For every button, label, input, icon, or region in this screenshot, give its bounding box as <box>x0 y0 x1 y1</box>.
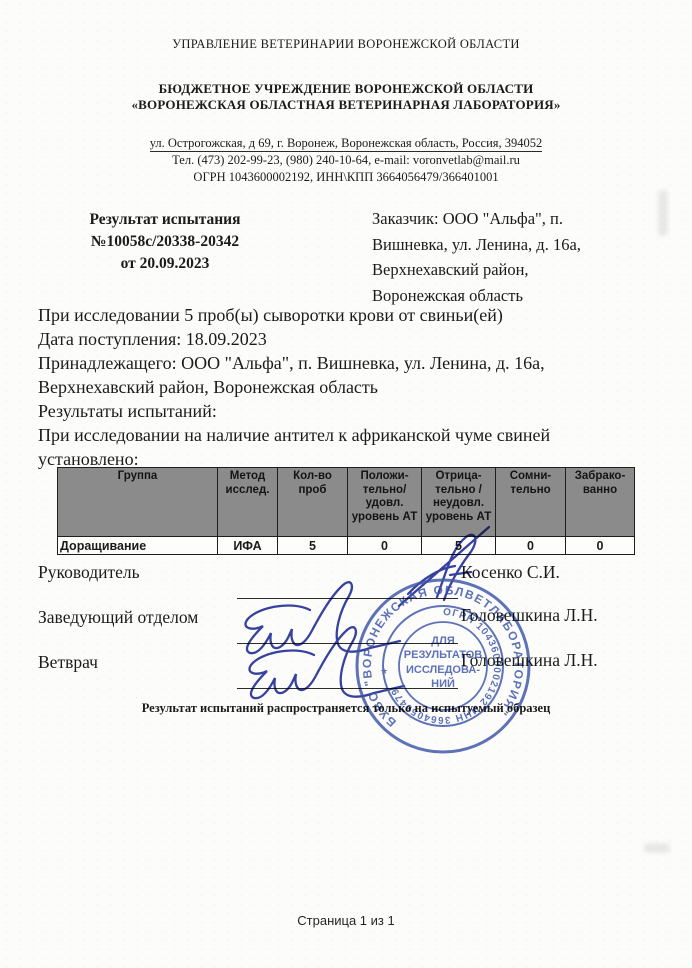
cell-rejected: 0 <box>566 537 635 555</box>
body-line: При исследовании на наличие антител к аф… <box>38 423 674 447</box>
customer-block: Заказчик: ООО "Альфа", п. Вишневка, ул. … <box>372 206 652 308</box>
result-number: №10058с/20338-20342 <box>35 231 295 253</box>
result-date: от 20.09.2023 <box>35 253 295 275</box>
customer-line: Вишневка, ул. Ленина, д. 16а, <box>372 232 652 258</box>
cell-method: ИФА <box>218 537 278 555</box>
cell-group: Доращивание <box>58 537 218 555</box>
stamp-star-icon: ★ <box>380 666 388 676</box>
body-line: Результаты испытаний: <box>38 399 674 423</box>
scope-note: Результат испытаний распространяется тол… <box>0 701 692 716</box>
cell-doubtful: 0 <box>496 537 566 555</box>
signature-role: Заведующий отделом <box>38 607 198 628</box>
cell-negative: 5 <box>422 537 496 555</box>
customer-line: Верхнехавский район, <box>372 257 652 283</box>
organization-registration-numbers: ОГРН 1043600002192, ИНН\КПП 3664056479/3… <box>0 170 692 185</box>
table-row: Доращивание ИФА 5 0 5 0 0 <box>58 537 635 555</box>
svg-text:ДЛЯ: ДЛЯ <box>431 635 455 647</box>
table-header-row: Группа Метод исслед. Кол-во проб Положи-… <box>58 468 635 537</box>
signature-line <box>237 643 458 644</box>
body-line: При исследовании 5 проб(ы) сыворотки кро… <box>38 303 674 327</box>
signature-line <box>237 688 458 689</box>
cell-sample-count: 5 <box>278 537 348 555</box>
scanned-lab-report-page: УПРАВЛЕНИЕ ВЕТЕРИНАРИИ ВОРОНЕЖСКОЙ ОБЛАС… <box>0 0 692 968</box>
signature-name: Головешкина Л.Н. <box>461 650 681 671</box>
signature-role: Руководитель <box>38 562 140 583</box>
table-header-group: Группа <box>58 468 218 537</box>
cell-positive: 0 <box>348 537 422 555</box>
customer-line: Заказчик: ООО "Альфа", п. <box>372 206 652 232</box>
department-name: УПРАВЛЕНИЕ ВЕТЕРИНАРИИ ВОРОНЕЖСКОЙ ОБЛАС… <box>0 37 692 52</box>
signature-name: Головешкина Л.Н. <box>461 605 681 626</box>
report-body-text: При исследовании 5 проб(ы) сыворотки кро… <box>38 303 674 471</box>
body-line: Принадлежащего: ООО "Альфа", п. Вишневка… <box>38 351 674 375</box>
signature-line <box>237 598 458 599</box>
table-header-method: Метод исслед. <box>218 468 278 537</box>
table-header-sample-count: Кол-во проб <box>278 468 348 537</box>
signature-role: Ветврач <box>38 652 98 673</box>
table-header-doubtful: Сомни- тельно <box>496 468 566 537</box>
organization-name-line2: «ВОРОНЕЖСКАЯ ОБЛАСТНАЯ ВЕТЕРИНАРНАЯ ЛАБО… <box>0 97 692 113</box>
signature-name: Косенко С.И. <box>461 562 681 583</box>
organization-name-line1: БЮДЖЕТНОЕ УЧРЕЖДЕНИЕ ВОРОНЕЖСКОЙ ОБЛАСТИ <box>0 81 692 97</box>
table-header-rejected: Забрако- ванно <box>566 468 635 537</box>
organization-contacts: Тел. (473) 202-99-23, (980) 240-10-64, e… <box>0 153 692 168</box>
table-header-positive: Положи- тельно/ удовл. уровень АТ <box>348 468 422 537</box>
results-table: Группа Метод исслед. Кол-во проб Положи-… <box>57 467 635 555</box>
page-number: Страница 1 из 1 <box>0 913 692 928</box>
scan-smudge <box>644 843 670 853</box>
organization-address: ул. Острогожская, д 69, г. Воронеж, Воро… <box>0 136 692 151</box>
body-line: Дата поступления: 18.09.2023 <box>38 327 674 351</box>
result-title-block: Результат испытания №10058с/20338-20342 … <box>35 209 295 275</box>
result-title: Результат испытания <box>35 209 295 231</box>
body-line: Верхнехавский район, Воронежская область <box>38 375 674 399</box>
scan-smudge <box>658 190 668 236</box>
address-underlined-text: ул. Острогожская, д 69, г. Воронеж, Воро… <box>150 136 543 152</box>
table-header-negative: Отрица- тельно / неудовл. уровень АТ <box>422 468 496 537</box>
